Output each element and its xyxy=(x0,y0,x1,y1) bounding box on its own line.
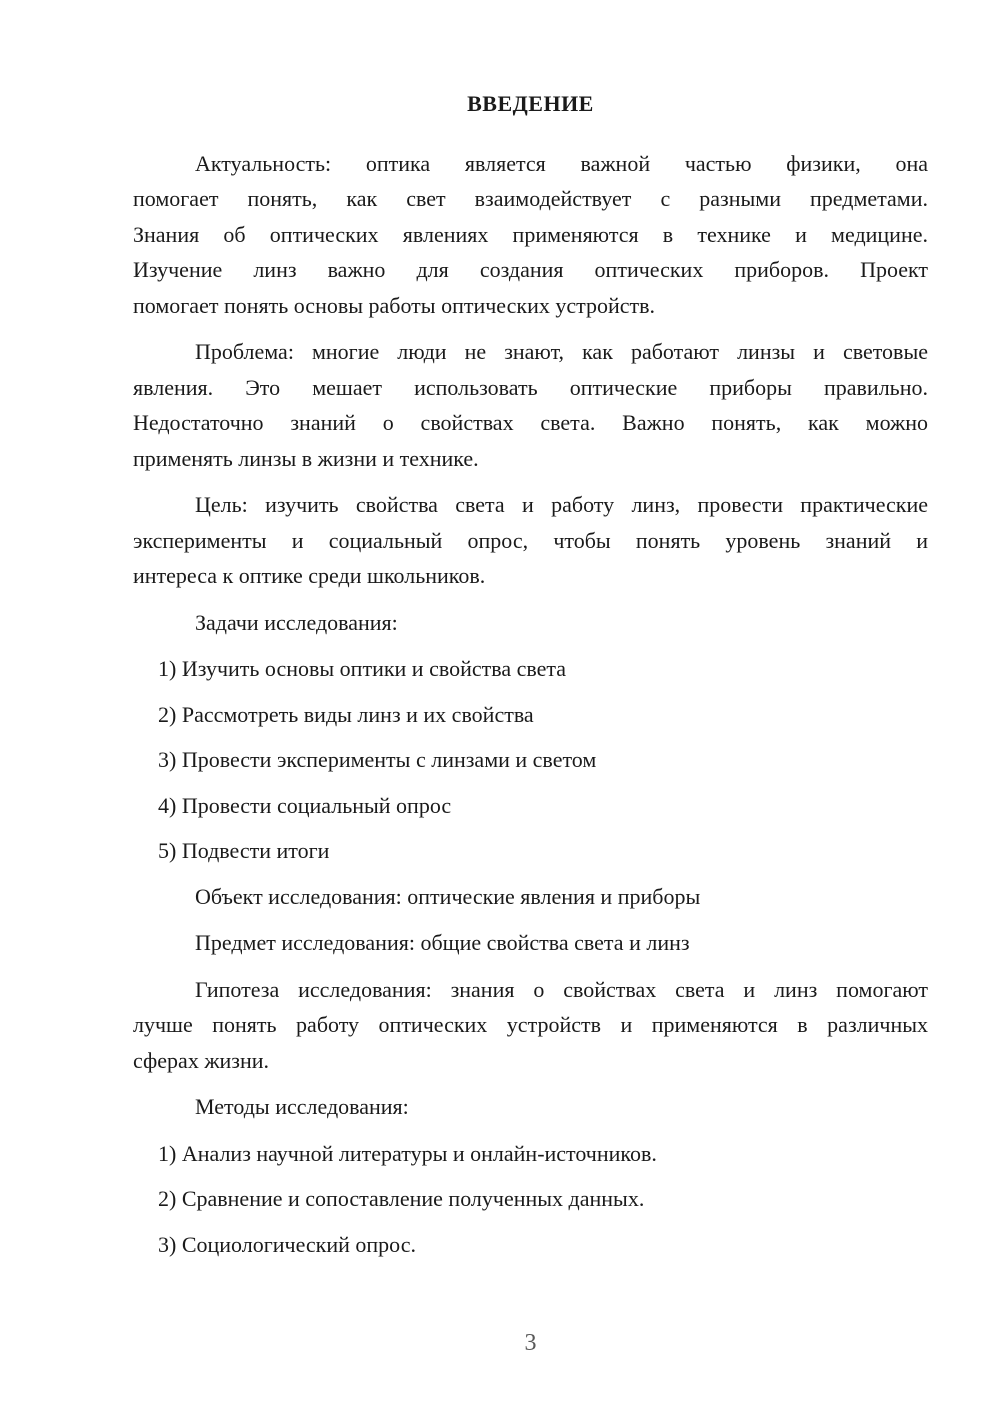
list-marker: 4) xyxy=(158,793,182,818)
paragraph: Актуальность: оптика является важной час… xyxy=(133,146,928,324)
list-text: Подвести итоги xyxy=(182,838,330,863)
text-line: Изучение линз важно для создания оптичес… xyxy=(133,252,928,288)
list-item: 2) Рассмотреть виды линз и их свойства xyxy=(133,697,928,733)
paragraph: Проблема: многие люди не знают, как рабо… xyxy=(133,334,928,476)
text-line: сферах жизни. xyxy=(133,1043,928,1079)
page-content: ВВЕДЕНИЕ Актуальность: оптика является в… xyxy=(133,86,928,1272)
page-title: ВВЕДЕНИЕ xyxy=(133,86,928,122)
text-line: Методы исследования: xyxy=(133,1089,928,1125)
text-line: Гипотеза исследования: знания о свойства… xyxy=(133,972,928,1008)
list-item: 3) Провести эксперименты с линзами и све… xyxy=(133,742,928,778)
text-line: применять линзы в жизни и технике. xyxy=(133,441,928,477)
blocks-container: Актуальность: оптика является важной час… xyxy=(133,146,928,1263)
list-item: 3) Социологический опрос. xyxy=(133,1227,928,1263)
list-marker: 3) xyxy=(158,1232,182,1257)
text-line: явления. Это мешает использовать оптичес… xyxy=(133,370,928,406)
list-marker: 5) xyxy=(158,838,182,863)
list-text: Сравнение и сопоставление полученных дан… xyxy=(182,1186,645,1211)
list-item: 1) Анализ научной литературы и онлайн-ис… xyxy=(133,1136,928,1172)
text-line: Актуальность: оптика является важной час… xyxy=(133,146,928,182)
list-text: Провести эксперименты с линзами и светом xyxy=(182,747,596,772)
list-text: Анализ научной литературы и онлайн-источ… xyxy=(182,1141,657,1166)
paragraph: Задачи исследования: xyxy=(133,605,928,641)
text-line: помогает понять основы работы оптических… xyxy=(133,288,928,324)
page-number: 3 xyxy=(133,1330,928,1356)
paragraph: Предмет исследования: общие свойства све… xyxy=(133,925,928,961)
paragraph: Объект исследования: оптические явления … xyxy=(133,879,928,915)
list-marker: 3) xyxy=(158,747,182,772)
list-item: 2) Сравнение и сопоставление полученных … xyxy=(133,1181,928,1217)
document-page: ВВЕДЕНИЕ Актуальность: оптика является в… xyxy=(0,0,1000,1414)
list-item: 4) Провести социальный опрос xyxy=(133,788,928,824)
text-line: Проблема: многие люди не знают, как рабо… xyxy=(133,334,928,370)
text-line: интереса к оптике среди школьников. xyxy=(133,558,928,594)
list-marker: 1) xyxy=(158,656,182,681)
paragraph: Цель: изучить свойства света и работу ли… xyxy=(133,487,928,594)
list-text: Изучить основы оптики и свойства света xyxy=(182,656,566,681)
text-line: Недостаточно знаний о свойствах света. В… xyxy=(133,405,928,441)
paragraph: Гипотеза исследования: знания о свойства… xyxy=(133,972,928,1079)
list-marker: 2) xyxy=(158,702,182,727)
list-marker: 2) xyxy=(158,1186,182,1211)
list-text: Провести социальный опрос xyxy=(182,793,451,818)
list-text: Социологический опрос. xyxy=(182,1232,416,1257)
list-marker: 1) xyxy=(158,1141,182,1166)
text-line: Задачи исследования: xyxy=(133,605,928,641)
list-item: 1) Изучить основы оптики и свойства свет… xyxy=(133,651,928,687)
paragraph: Методы исследования: xyxy=(133,1089,928,1125)
text-line: эксперименты и социальный опрос, чтобы п… xyxy=(133,523,928,559)
text-line: Предмет исследования: общие свойства све… xyxy=(133,925,928,961)
text-line: помогает понять, как свет взаимодействуе… xyxy=(133,181,928,217)
text-line: Цель: изучить свойства света и работу ли… xyxy=(133,487,928,523)
text-line: Объект исследования: оптические явления … xyxy=(133,879,928,915)
list-item: 5) Подвести итоги xyxy=(133,833,928,869)
text-line: Знания об оптических явлениях применяютс… xyxy=(133,217,928,253)
text-line: лучше понять работу оптических устройств… xyxy=(133,1007,928,1043)
list-text: Рассмотреть виды линз и их свойства xyxy=(182,702,534,727)
